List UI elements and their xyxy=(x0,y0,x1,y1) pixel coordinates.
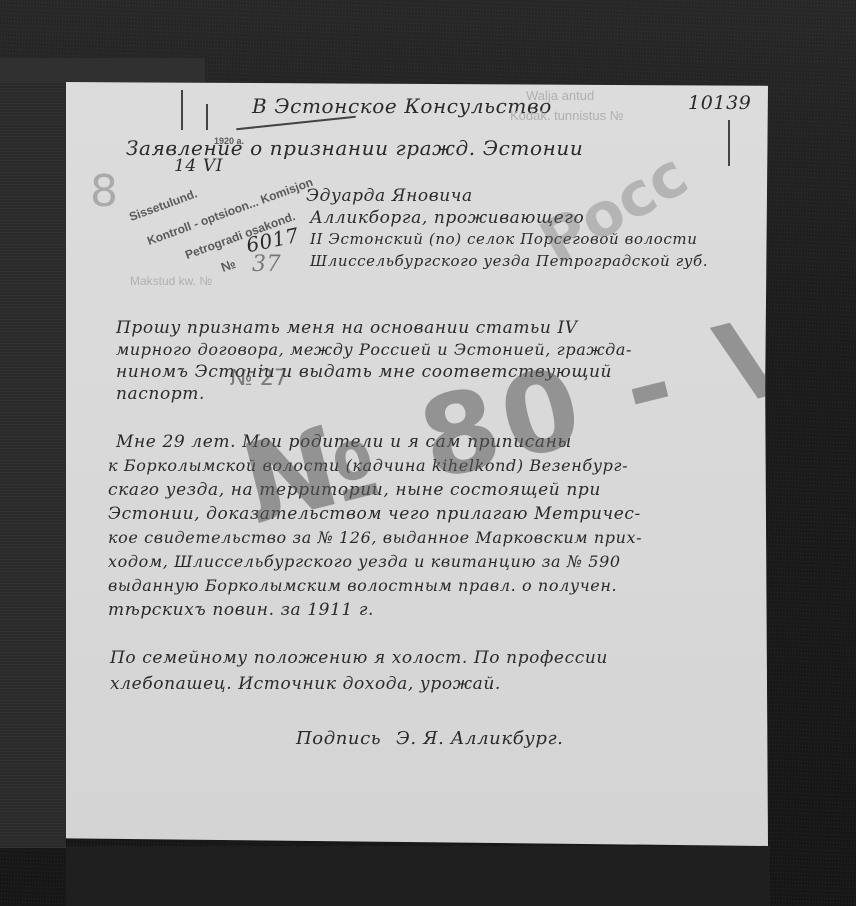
kodak-stamp-line1: Walja antud xyxy=(526,88,594,103)
family-status-line-2: хлебопашец. Источник дохода, урожай. xyxy=(110,674,501,694)
binder-bottom xyxy=(66,846,770,906)
kodak-stamp-line2: Kodak. tunnistus № xyxy=(510,108,624,123)
body-line-9: кое свидетельство за № 126, выданное Мар… xyxy=(108,528,642,547)
binder-tab xyxy=(0,58,205,82)
body-line-10: ходом, Шлиссельбургского уезда и квитанц… xyxy=(108,552,621,571)
archive-mark xyxy=(728,120,730,166)
binder-spine xyxy=(0,58,67,848)
body-line-11: выданную Борколымским волостным правл. о… xyxy=(108,576,617,595)
year-stamp: 1920 a. xyxy=(214,136,244,146)
applicant-line-1: Эдуарда Яновича xyxy=(306,186,473,206)
body-line-1: Прошу признать меня на основании статьи … xyxy=(116,318,578,338)
body-line-12: тѣрскихъ повин. за 1911 г. xyxy=(108,600,374,620)
signature-label: Подпись xyxy=(296,728,381,749)
makstud-stamp-label: Makstud kw. № xyxy=(130,274,212,288)
applicant-line-4: Шлиссельбургского уезда Петроградской гу… xyxy=(310,252,708,270)
margin-mark xyxy=(206,104,208,130)
pencil-annotation-left: 8 xyxy=(90,166,118,217)
pencil-annotation-small: № 27 xyxy=(230,366,288,391)
document-page: В Эстонское Консульство 10139 Walja antu… xyxy=(66,82,768,846)
stamp-number-label: № xyxy=(219,256,238,275)
margin-mark xyxy=(181,90,183,130)
family-status-line-1: По семейному положению я холост. По проф… xyxy=(110,648,608,668)
addressee: В Эстонское Консульство xyxy=(252,94,552,118)
body-line-4: паспорт. xyxy=(116,384,205,404)
signature-name: Э. Я. Алликбург. xyxy=(396,728,563,749)
makstud-stamp-value: 37 xyxy=(252,252,281,277)
date-number: 14 VI xyxy=(174,156,223,176)
archive-number: 10139 xyxy=(688,92,751,114)
